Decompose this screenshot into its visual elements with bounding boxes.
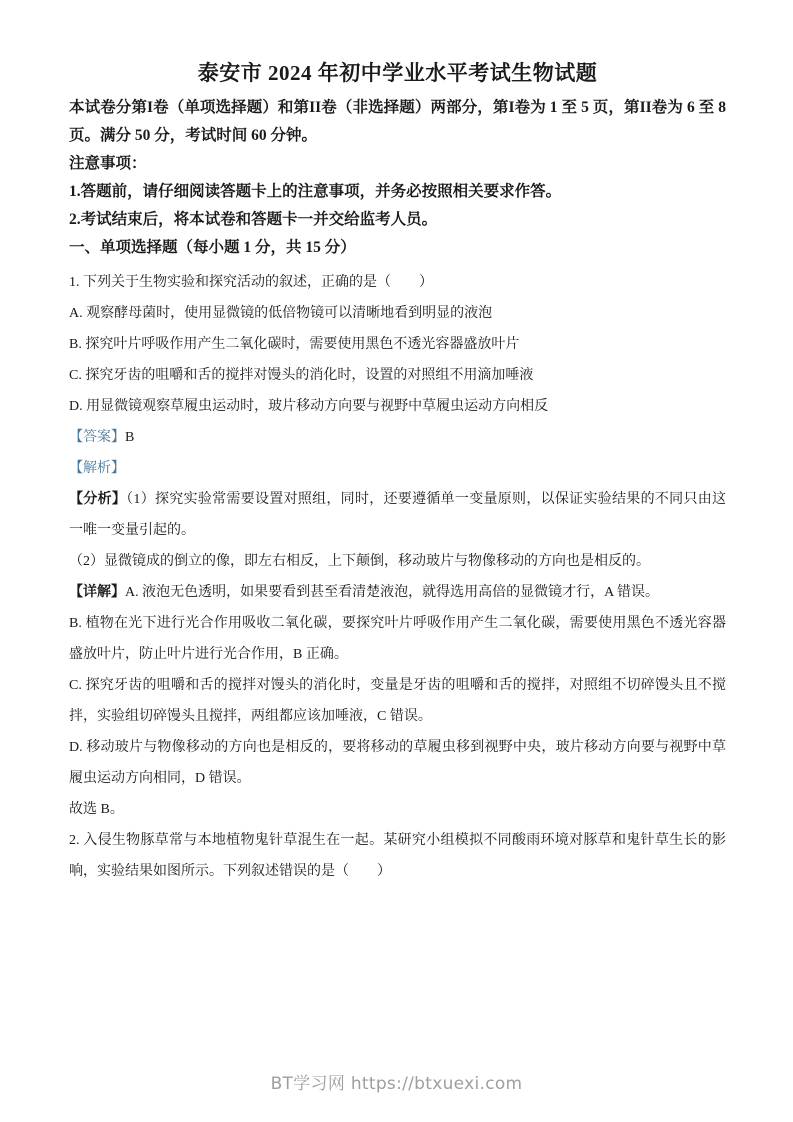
exam-paper-page: 泰安市 2024 年初中学业水平考试生物试题 本试卷分第I卷（单项选择题）和第I… (0, 0, 793, 887)
notice-heading: 注意事项： (69, 150, 726, 178)
analysis-paragraph-2: （2）显微镜成的倒立的像，即左右相反，上下颠倒，移动玻片与物像移动的方向也是相反… (69, 546, 726, 577)
detail-tag: 【详解】 (69, 585, 125, 600)
answer-line: 【答案】B (69, 422, 726, 453)
answer-value: B (125, 430, 134, 445)
analysis-text: （1）探究实验常需要设置对照组，同时，还要遵循单一变量原则，以保证实验结果的不同… (69, 492, 726, 538)
analysis-text: A. 液泡无色透明，如果要看到甚至看清楚液泡，就得选用高倍的显微镜才行，A 错误… (125, 585, 659, 600)
analysis-paragraph-1: 【分析】（1）探究实验常需要设置对照组，同时，还要遵循单一变量原则，以保证实验结… (69, 484, 726, 546)
page-title: 泰安市 2024 年初中学业水平考试生物试题 (69, 58, 726, 88)
analysis-paragraph-5: C. 探究牙齿的咀嚼和舌的搅拌对馒头的消化时，变量是牙齿的咀嚼和舌的搅拌，对照组… (69, 670, 726, 732)
question-1-option-a: A. 观察酵母菌时，使用显微镜的低倍物镜可以清晰地看到明显的液泡 (69, 298, 726, 329)
section-heading: 一、单项选择题（每小题 1 分，共 15 分） (69, 234, 726, 262)
conclusion-line: 故选 B。 (69, 794, 726, 825)
analysis-text: D. 移动玻片与物像移动的方向也是相反的，要将移动的草履虫移到视野中央，玻片移动… (69, 740, 726, 786)
analysis-text: 故选 B。 (69, 802, 124, 817)
notice-item-2: 2.考试结束后，将本试卷和答题卡一并交给监考人员。 (69, 206, 726, 234)
analysis-label: 【解析】 (69, 461, 125, 476)
question-1-stem: 1. 下列关于生物实验和探究活动的叙述，正确的是（ ） (69, 267, 726, 298)
analysis-heading: 【解析】 (69, 453, 726, 484)
analysis-paragraph-3: 【详解】A. 液泡无色透明，如果要看到甚至看清楚液泡，就得选用高倍的显微镜才行，… (69, 577, 726, 608)
question-1-option-b: B. 探究叶片呼吸作用产生二氧化碳时，需要使用黑色不透光容器盛放叶片 (69, 329, 726, 360)
analysis-paragraph-6: D. 移动玻片与物像移动的方向也是相反的，要将移动的草履虫移到视野中央，玻片移动… (69, 732, 726, 794)
question-2-stem: 2. 入侵生物豚草常与本地植物鬼针草混生在一起。某研究小组模拟不同酸雨环境对豚草… (69, 825, 726, 887)
analysis-text: B. 植物在光下进行光合作用吸收二氧化碳，要探究叶片呼吸作用产生二氧化碳，需要使… (69, 616, 726, 662)
question-body: 1. 下列关于生物实验和探究活动的叙述，正确的是（ ） A. 观察酵母菌时，使用… (69, 267, 726, 887)
analysis-text: C. 探究牙齿的咀嚼和舌的搅拌对馒头的消化时，变量是牙齿的咀嚼和舌的搅拌，对照组… (69, 678, 726, 724)
exam-intro-block: 本试卷分第I卷（单项选择题）和第II卷（非选择题）两部分，第I卷为 1 至 5 … (69, 94, 726, 262)
question-1-option-d: D. 用显微镜观察草履虫运动时，玻片移动方向要与视野中草履虫运动方向相反 (69, 391, 726, 422)
analysis-text: （2）显微镜成的倒立的像，即左右相反，上下颠倒，移动玻片与物像移动的方向也是相反… (69, 554, 650, 569)
notice-item-1: 1.答题前，请仔细阅读答题卡上的注意事项，并务必按照相关要求作答。 (69, 178, 726, 206)
watermark-footer: BT学习网 https://btxuexi.com (0, 1069, 793, 1094)
exam-description: 本试卷分第I卷（单项选择题）和第II卷（非选择题）两部分，第I卷为 1 至 5 … (69, 94, 726, 150)
analysis-tag: 【分析】 (69, 492, 126, 507)
analysis-paragraph-4: B. 植物在光下进行光合作用吸收二氧化碳，要探究叶片呼吸作用产生二氧化碳，需要使… (69, 608, 726, 670)
question-1-option-c: C. 探究牙齿的咀嚼和舌的搅拌对馒头的消化时，设置的对照组不用滴加唾液 (69, 360, 726, 391)
answer-label: 【答案】 (69, 430, 125, 445)
